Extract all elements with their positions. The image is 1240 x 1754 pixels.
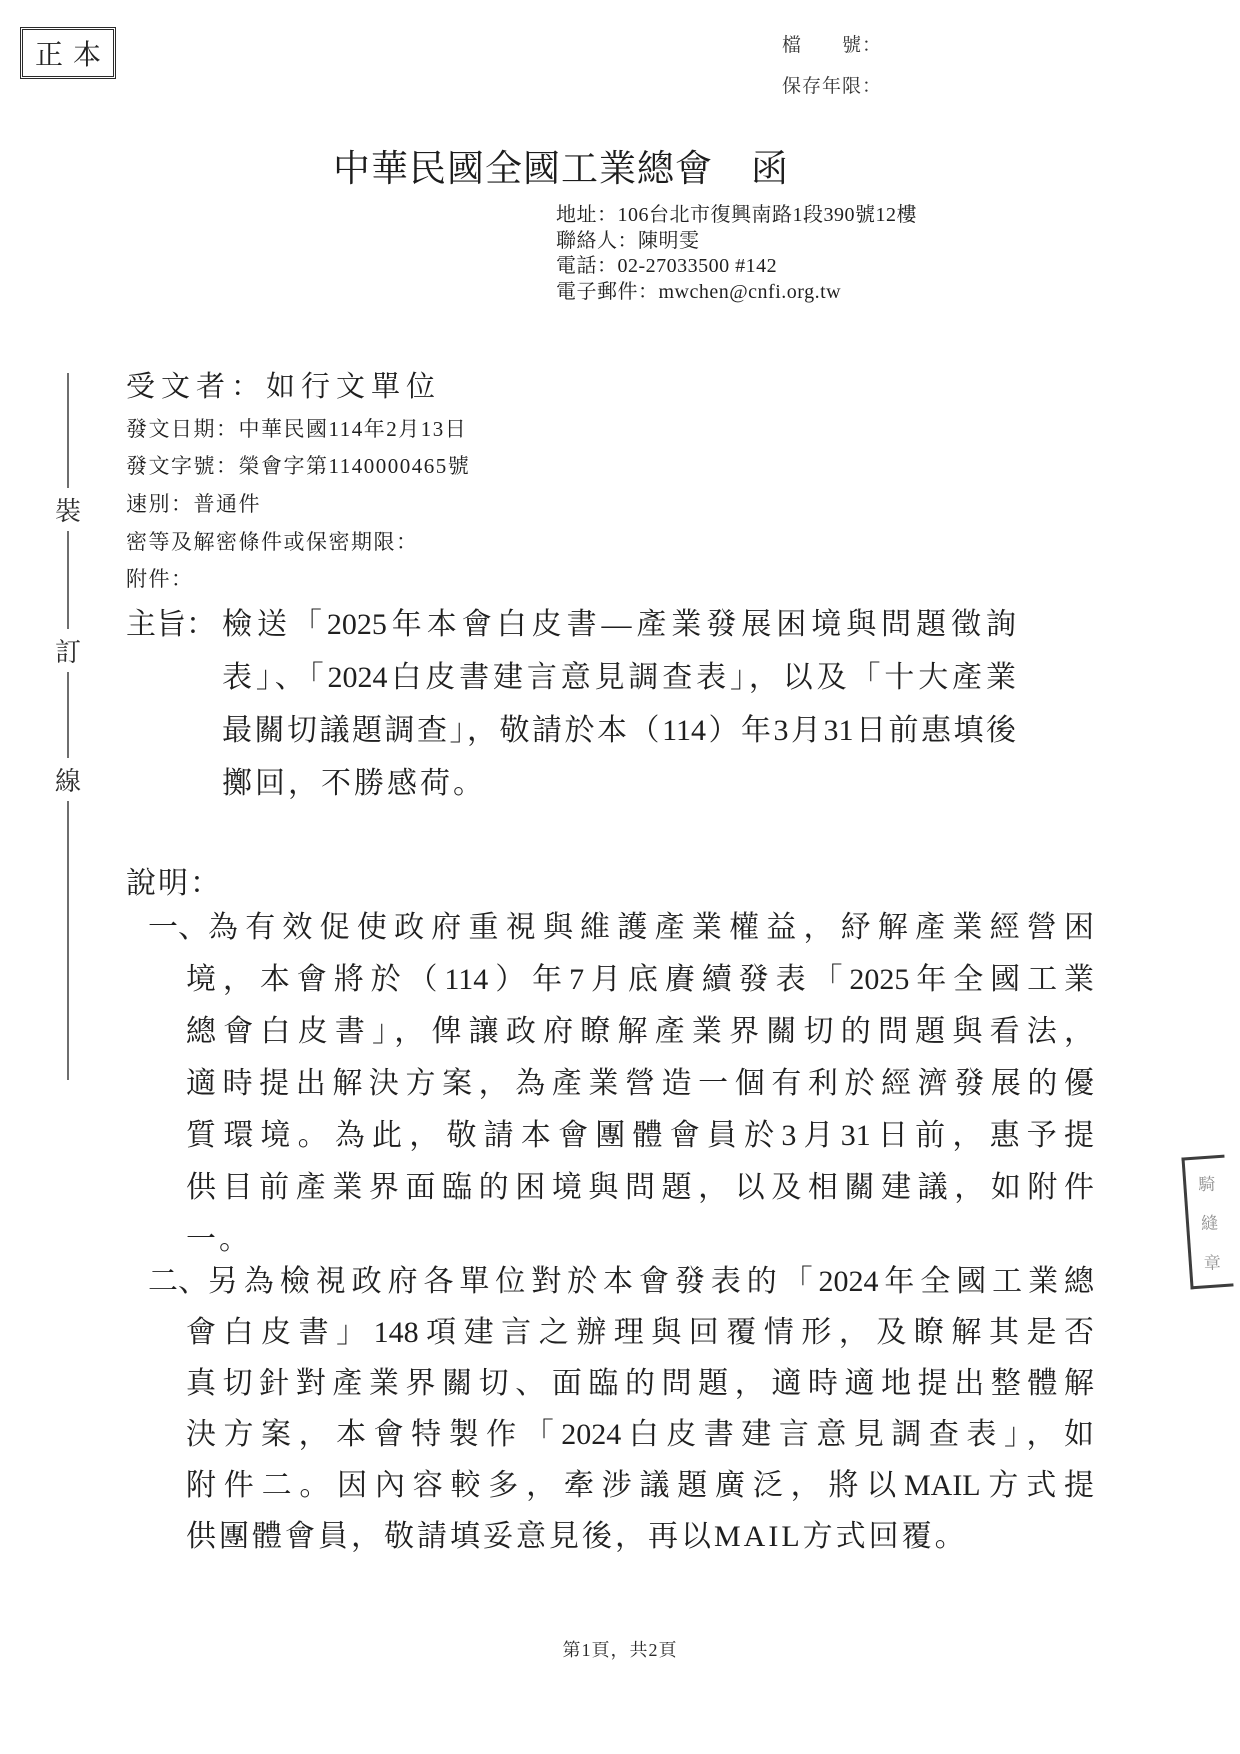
security-line: 密等及解密條件或保密期限： <box>126 526 419 556</box>
document-page: 正本 檔 號： 保存年限： 中華民國全國工業總會 函 地址：106台北市復興南路… <box>0 0 1240 1754</box>
seam-stamp-char: 章 <box>1203 1248 1221 1274</box>
body-line: 供團體會員，敬請填妥意見後，再以MAIL方式回覆。 <box>148 1511 1094 1562</box>
body-line: 附件二。因內容較多，牽涉議題廣泛，將以MAIL方式提 <box>148 1460 1094 1511</box>
sender-contact-person: 聯絡人：陳明雯 <box>556 229 917 255</box>
priority-line: 速別：普通件 <box>126 488 261 518</box>
subject-line: 擲回，不勝感荷。 <box>126 757 1016 810</box>
body-line: 境，本會將於（114）年7月底賡續發表「2025年全國工業 <box>148 954 1094 1006</box>
issue-date-line: 發文日期：中華民國114年2月13日 <box>126 413 467 443</box>
subject-line: 最關切議題調查」，敬請於本（114）年3月31日前惠填後 <box>126 704 1016 757</box>
explanation-item-2: 二、 另為檢視政府各單位對於本會發表的「2024年全國工業總 會白皮書」148項… <box>148 1256 1094 1562</box>
subject-line: 主旨： 檢送「2025年本會白皮書—產業發展困境與問題徵詢 <box>126 598 1016 651</box>
body-line: 適時提出解決方案，為產業營造一個有利於經濟發展的優 <box>148 1058 1094 1110</box>
explanation-label: 說明： <box>126 858 222 902</box>
sender-phone: 電話：02-27033500 #142 <box>556 254 917 280</box>
body-line: 決方案，本會特製作「2024白皮書建言意見調查表」，如 <box>148 1409 1094 1460</box>
subject-line: 表」、「2024白皮書建言意見調查表」，以及「十大產業 <box>126 651 1016 704</box>
body-line: 質環境。為此，敬請本會團體會員於3月31日前，惠予提 <box>148 1110 1094 1162</box>
page-footer: 第1頁，共2頁 <box>0 1636 1240 1662</box>
item-marker: 一、 <box>148 902 208 954</box>
binding-mark-ding: 訂 <box>53 629 83 672</box>
body-line: 會白皮書」148項建言之辦理與回覆情形，及瞭解其是否 <box>148 1307 1094 1358</box>
seam-stamp-char: 騎 <box>1197 1170 1215 1196</box>
doc-number-line: 發文字號：榮會字第1140000465號 <box>126 450 470 480</box>
sender-email: 電子郵件：mwchen@cnfi.org.tw <box>556 280 917 306</box>
subject-paragraph: 主旨： 檢送「2025年本會白皮書—產業發展困境與問題徵詢 表」、「2024白皮… <box>126 598 1016 810</box>
sender-address: 地址：106台北市復興南路1段390號12樓 <box>556 203 917 229</box>
body-text: 為有效促使政府重視與維護產業權益，紓解產業經營困 <box>208 902 1094 954</box>
body-line: 二、 另為檢視政府各單位對於本會發表的「2024年全國工業總 <box>148 1256 1094 1307</box>
subject-text: 檢送「2025年本會白皮書—產業發展困境與問題徵詢 <box>222 598 1016 651</box>
binding-line <box>67 373 69 1080</box>
file-number-block: 檔 號： 保存年限： <box>782 30 882 112</box>
body-line: 供目前產業界面臨的困境與問題，以及相關建議，如附件 <box>148 1162 1094 1214</box>
binding-mark-xian: 線 <box>53 758 83 801</box>
body-line: 總會白皮書」，俾讓政府瞭解產業界關切的問題與看法， <box>148 1006 1094 1058</box>
retention-period-label: 保存年限： <box>782 71 882 98</box>
body-line: 真切針對產業界關切、面臨的問題，適時適地提出整體解 <box>148 1358 1094 1409</box>
body-line: 一、 為有效促使政府重視與維護產業權益，紓解產業經營困 <box>148 902 1094 954</box>
seam-stamp-char: 縫 <box>1200 1209 1218 1235</box>
sender-contact-block: 地址：106台北市復興南路1段390號12樓 聯絡人：陳明雯 電話：02-270… <box>556 203 917 305</box>
copy-stamp-label: 正本 <box>35 33 111 73</box>
copy-stamp: 正本 <box>20 27 116 79</box>
item-marker: 二、 <box>148 1256 208 1307</box>
file-number-label: 檔 號： <box>782 30 882 57</box>
explanation-item-1: 一、 為有效促使政府重視與維護產業權益，紓解產業經營困 境，本會將於（114）年… <box>148 902 1094 1266</box>
subject-label: 主旨： <box>126 598 222 651</box>
document-title: 中華民國全國工業總會 函 <box>333 138 789 192</box>
attachment-line: 附件： <box>126 563 194 593</box>
recipient-line: 受文者：如行文單位 <box>126 364 441 405</box>
binding-mark-zhuang: 裝 <box>53 488 83 531</box>
seam-stamp: 騎 縫 章 <box>1181 1155 1233 1290</box>
body-text: 另為檢視政府各單位對於本會發表的「2024年全國工業總 <box>208 1256 1094 1307</box>
